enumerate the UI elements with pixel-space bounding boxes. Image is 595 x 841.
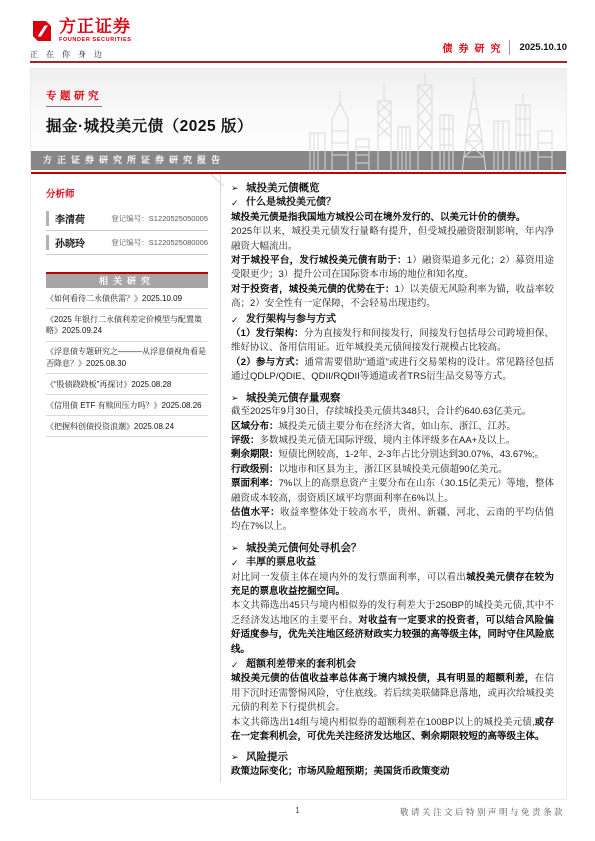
arrow-bullet-icon: ➢: [231, 181, 246, 195]
text-run: 以地市和区县为主，浙江区县城投美元债超90亿美元。: [279, 464, 508, 475]
text-run: 剩余期限：: [231, 449, 279, 460]
main-content: ➢城投美元债概览✓什么是城投美元债？城投美元债是指我国地方城投公司在境外发行的、…: [221, 174, 566, 782]
institute-bar-rule: [31, 172, 566, 174]
check-bullet-icon: ✓: [231, 196, 246, 210]
text-run: 城投美元债主要分布在经济大省，如山东、浙江、江苏。: [279, 421, 517, 432]
sub-heading: ✓丰厚的票息收益: [231, 556, 554, 570]
heading-text: 超额利差带来的套利机会: [246, 658, 356, 672]
body-paragraph: 对于城投平台，发行城投美元债有助于：1）融资渠道多元化；2）募资用途受限更少；3…: [231, 254, 554, 283]
related-research-item: 《信用债 ETF 有赎回压力吗？》2025.08.26: [46, 395, 208, 416]
analyst-row: 孙晓玲登记编号：S1220525080006: [46, 231, 208, 255]
body-paragraph: 区域分布：城投美元债主要分布在经济大省，如山东、浙江、江苏。: [231, 420, 554, 434]
heading-text: 城投美元债何处寻机会？: [246, 541, 362, 555]
analyst-row: 李清荷登记编号：S1220525050005: [46, 207, 208, 231]
body-paragraph: 行政级别：以地市和区县为主，浙江区县城投美元债超90亿美元。: [231, 463, 554, 477]
logo-text-cn: 方正证券: [59, 18, 132, 36]
analyst-heading: 分析师: [46, 186, 208, 200]
related-research-item: 《如何看待二永债供需？》2025.10.09: [46, 288, 208, 309]
text-run: 评级：: [231, 435, 260, 446]
analyst-name: 孙晓玲: [55, 235, 85, 250]
body-paragraph: （1）发行架构：分为直接发行和间接发行，间接发行包括母公司跨境担保、维好协议、备…: [231, 327, 554, 356]
sidebar: 分析师 李清荷登记编号：S1220525050005孙晓玲登记编号：S12205…: [31, 174, 221, 782]
analyst-accent-bar: [46, 235, 49, 250]
body-paragraph: 票面利率：7%以上的高票息资产主要分布在山东（30.15亿美元）等地，整体融资成…: [231, 477, 554, 506]
report-title: 掘金·城投美元债（2025 版）: [46, 114, 551, 136]
body-paragraph: 本文共筛选出14组与境内相似券的超额利差在100BP以上的城投美元债,或存在一定…: [231, 716, 554, 745]
body-paragraph: 截至2025年9月30日，存续城投美元债共348只，合计约640.63亿美元。: [231, 405, 554, 419]
heading-text: 什么是城投美元债？: [246, 196, 336, 210]
text-run: 多数城投美元债无国际评级，境内主体评级多在AA+及以上。: [260, 435, 516, 446]
body-paragraph: 本文共筛选出45只与境内相似券的发行利差大于250BP的城投美元债,其中不乏经济…: [231, 599, 554, 657]
heading-text: 发行架构与参与方式: [246, 313, 336, 327]
body-paragraph: （2）参与方式：通常需要借助“通道”或进行交易架构的设计。常见路径包括通过QDL…: [231, 356, 554, 385]
footer-disclaimer: 敬请关注文后特别声明与免责条款: [400, 806, 565, 818]
header-divider: [509, 40, 510, 55]
body-paragraph: 剩余期限：短债比例较高，1-2年、2-3年占比分别达到30.07%、43.67%…: [231, 448, 554, 462]
text-run: 本文共筛选出14组与境内相似券的超额利差在100BP以上的城投美元债,: [231, 717, 535, 728]
text-run: 政策边际变化；市场风险超预期；美国货币政策变动: [231, 766, 450, 777]
body-paragraph: 评级：多数城投美元债无国际评级，境内主体评级多在AA+及以上。: [231, 434, 554, 448]
section-heading: ➢城投美元债概览: [231, 181, 554, 195]
arrow-bullet-icon: ➢: [231, 541, 246, 555]
logo-text-en: FOUNDER SECURITIES: [59, 37, 132, 43]
text-run: 短债比例较高，1-2年、2-3年占比分别达到30.07%、43.67%;。: [279, 449, 545, 460]
sub-heading: ✓什么是城投美元债？: [231, 196, 554, 210]
analyst-list: 李清荷登记编号：S1220525050005孙晓玲登记编号：S122052508…: [46, 207, 208, 255]
body-paragraph: 估值水平：收益率整体处于较高水平，贵州、新疆、河北、云南的平均估值均在7%以上。: [231, 506, 554, 535]
heading-text: 城投美元债存量观察: [246, 391, 341, 405]
institute-bar: 方正证券研究所证券研究报告: [31, 151, 566, 170]
text-run: 票面利率：: [231, 478, 279, 489]
text-run: 对比同一发债主体在境内外的发行票面利率，可以看出: [231, 572, 466, 583]
text-run: （1）发行架构：: [231, 328, 304, 339]
related-research-item: 《“股债跷跷板”再探讨》2025.08.28: [46, 374, 208, 395]
text-run: 行政级别：: [231, 464, 279, 475]
report-header: 方正证券 FOUNDER SECURITIES 正在你身边 债券研究 2025.…: [30, 18, 567, 62]
analyst-accent-bar: [46, 211, 49, 226]
section-heading: ➢城投美元债存量观察: [231, 391, 554, 405]
text-run: 对于城投平台，发行城投美元债有助于：: [231, 255, 407, 266]
text-run: （2）参与方式：: [231, 357, 305, 368]
arrow-bullet-icon: ➢: [231, 391, 246, 405]
body-paragraph: 2025年以来，城投美元债发行量略有提升，但受城投融资限制影响，年内净融资大幅流…: [231, 225, 554, 254]
body-paragraph: 城投美元债的估值收益率总体高于境内城投债，具有明显的超额利差，在信用下沉时还需警…: [231, 672, 554, 715]
heading-text: 城投美元债概览: [246, 181, 320, 195]
analyst-name: 李清荷: [55, 211, 85, 226]
related-research-heading: 相关研究: [46, 272, 208, 288]
check-bullet-icon: ✓: [231, 556, 246, 570]
related-research-item: 《浮息债专题研究之———从浮息债视角看是否降息？》2025.08.30: [46, 342, 208, 375]
report-category: 债券研究: [442, 40, 506, 55]
related-research-item: 《2025 年银行二永债利差定价模型与配置策略》2025.09.24: [46, 309, 208, 342]
check-bullet-icon: ✓: [231, 313, 246, 327]
founder-securities-logo-icon: [30, 19, 54, 43]
series-label: 专题研究: [46, 88, 102, 107]
report-date: 2025.10.10: [519, 42, 567, 53]
analyst-reg-no: 登记编号：S1220525080006: [111, 237, 208, 248]
text-run: 收益率整体处于较高水平，贵州、新疆、河北、云南的平均估值均在7%以上。: [231, 507, 554, 532]
related-research-item: 《把握科创债投资浪潮》2025.08.24: [46, 416, 208, 437]
body-paragraph: 政策边际变化；市场风险超预期；美国货币政策变动: [231, 765, 554, 779]
check-bullet-icon: ✓: [231, 658, 246, 672]
sub-heading: ✓发行架构与参与方式: [231, 313, 554, 327]
arrow-bullet-icon: ➢: [231, 750, 246, 764]
report-body: 专题研究 掘金·城投美元债（2025 版） 方正证券研究所证券研究报告 分析师 …: [30, 68, 567, 800]
text-run: 对于投资者，城投美元债的优势在于：: [231, 284, 395, 295]
section-heading: ➢风险提示: [231, 750, 554, 764]
related-list: 《如何看待二永债供需？》2025.10.09《2025 年银行二永债利差定价模型…: [46, 288, 208, 437]
text-run: 城投美元债的估值收益率总体高于境内城投债，具有明显的超额利差，: [231, 673, 535, 684]
analyst-reg-no: 登记编号：S1220525050005: [111, 213, 208, 224]
text-run: 截至2025年9月30日，存续城投美元债共348只，合计约640.63亿美元。: [231, 406, 531, 417]
heading-text: 风险提示: [246, 750, 288, 764]
text-run: 7%以上的高票息资产主要分布在山东（30.15亿美元）等地，整体融资成本较高，弱…: [231, 478, 554, 503]
header-rule: [30, 61, 567, 63]
text-run: 估值水平：: [231, 507, 280, 518]
section-heading: ➢城投美元债何处寻机会？: [231, 541, 554, 555]
text-run: 区域分布：: [231, 421, 279, 432]
heading-text: 丰厚的票息收益: [246, 556, 316, 570]
text-run: 2025年以来，城投美元债发行量略有提升，但受城投融资限制影响，年内净融资大幅流…: [231, 226, 554, 251]
body-paragraph: 对于投资者，城投美元债的优势在于：1）以美债无风险利率为锚，收益率较高；2）安全…: [231, 283, 554, 312]
text-run: 城投美元债是指我国地方城投公司在境外发行的、以美元计价的债券。: [231, 212, 526, 223]
body-paragraph: 对比同一发债主体在境内外的发行票面利率，可以看出城投美元债存在较为充足的票息收益…: [231, 571, 554, 600]
sub-heading: ✓超额利差带来的套利机会: [231, 658, 554, 672]
body-paragraph: 城投美元债是指我国地方城投公司在境外发行的、以美元计价的债券。: [231, 211, 554, 225]
